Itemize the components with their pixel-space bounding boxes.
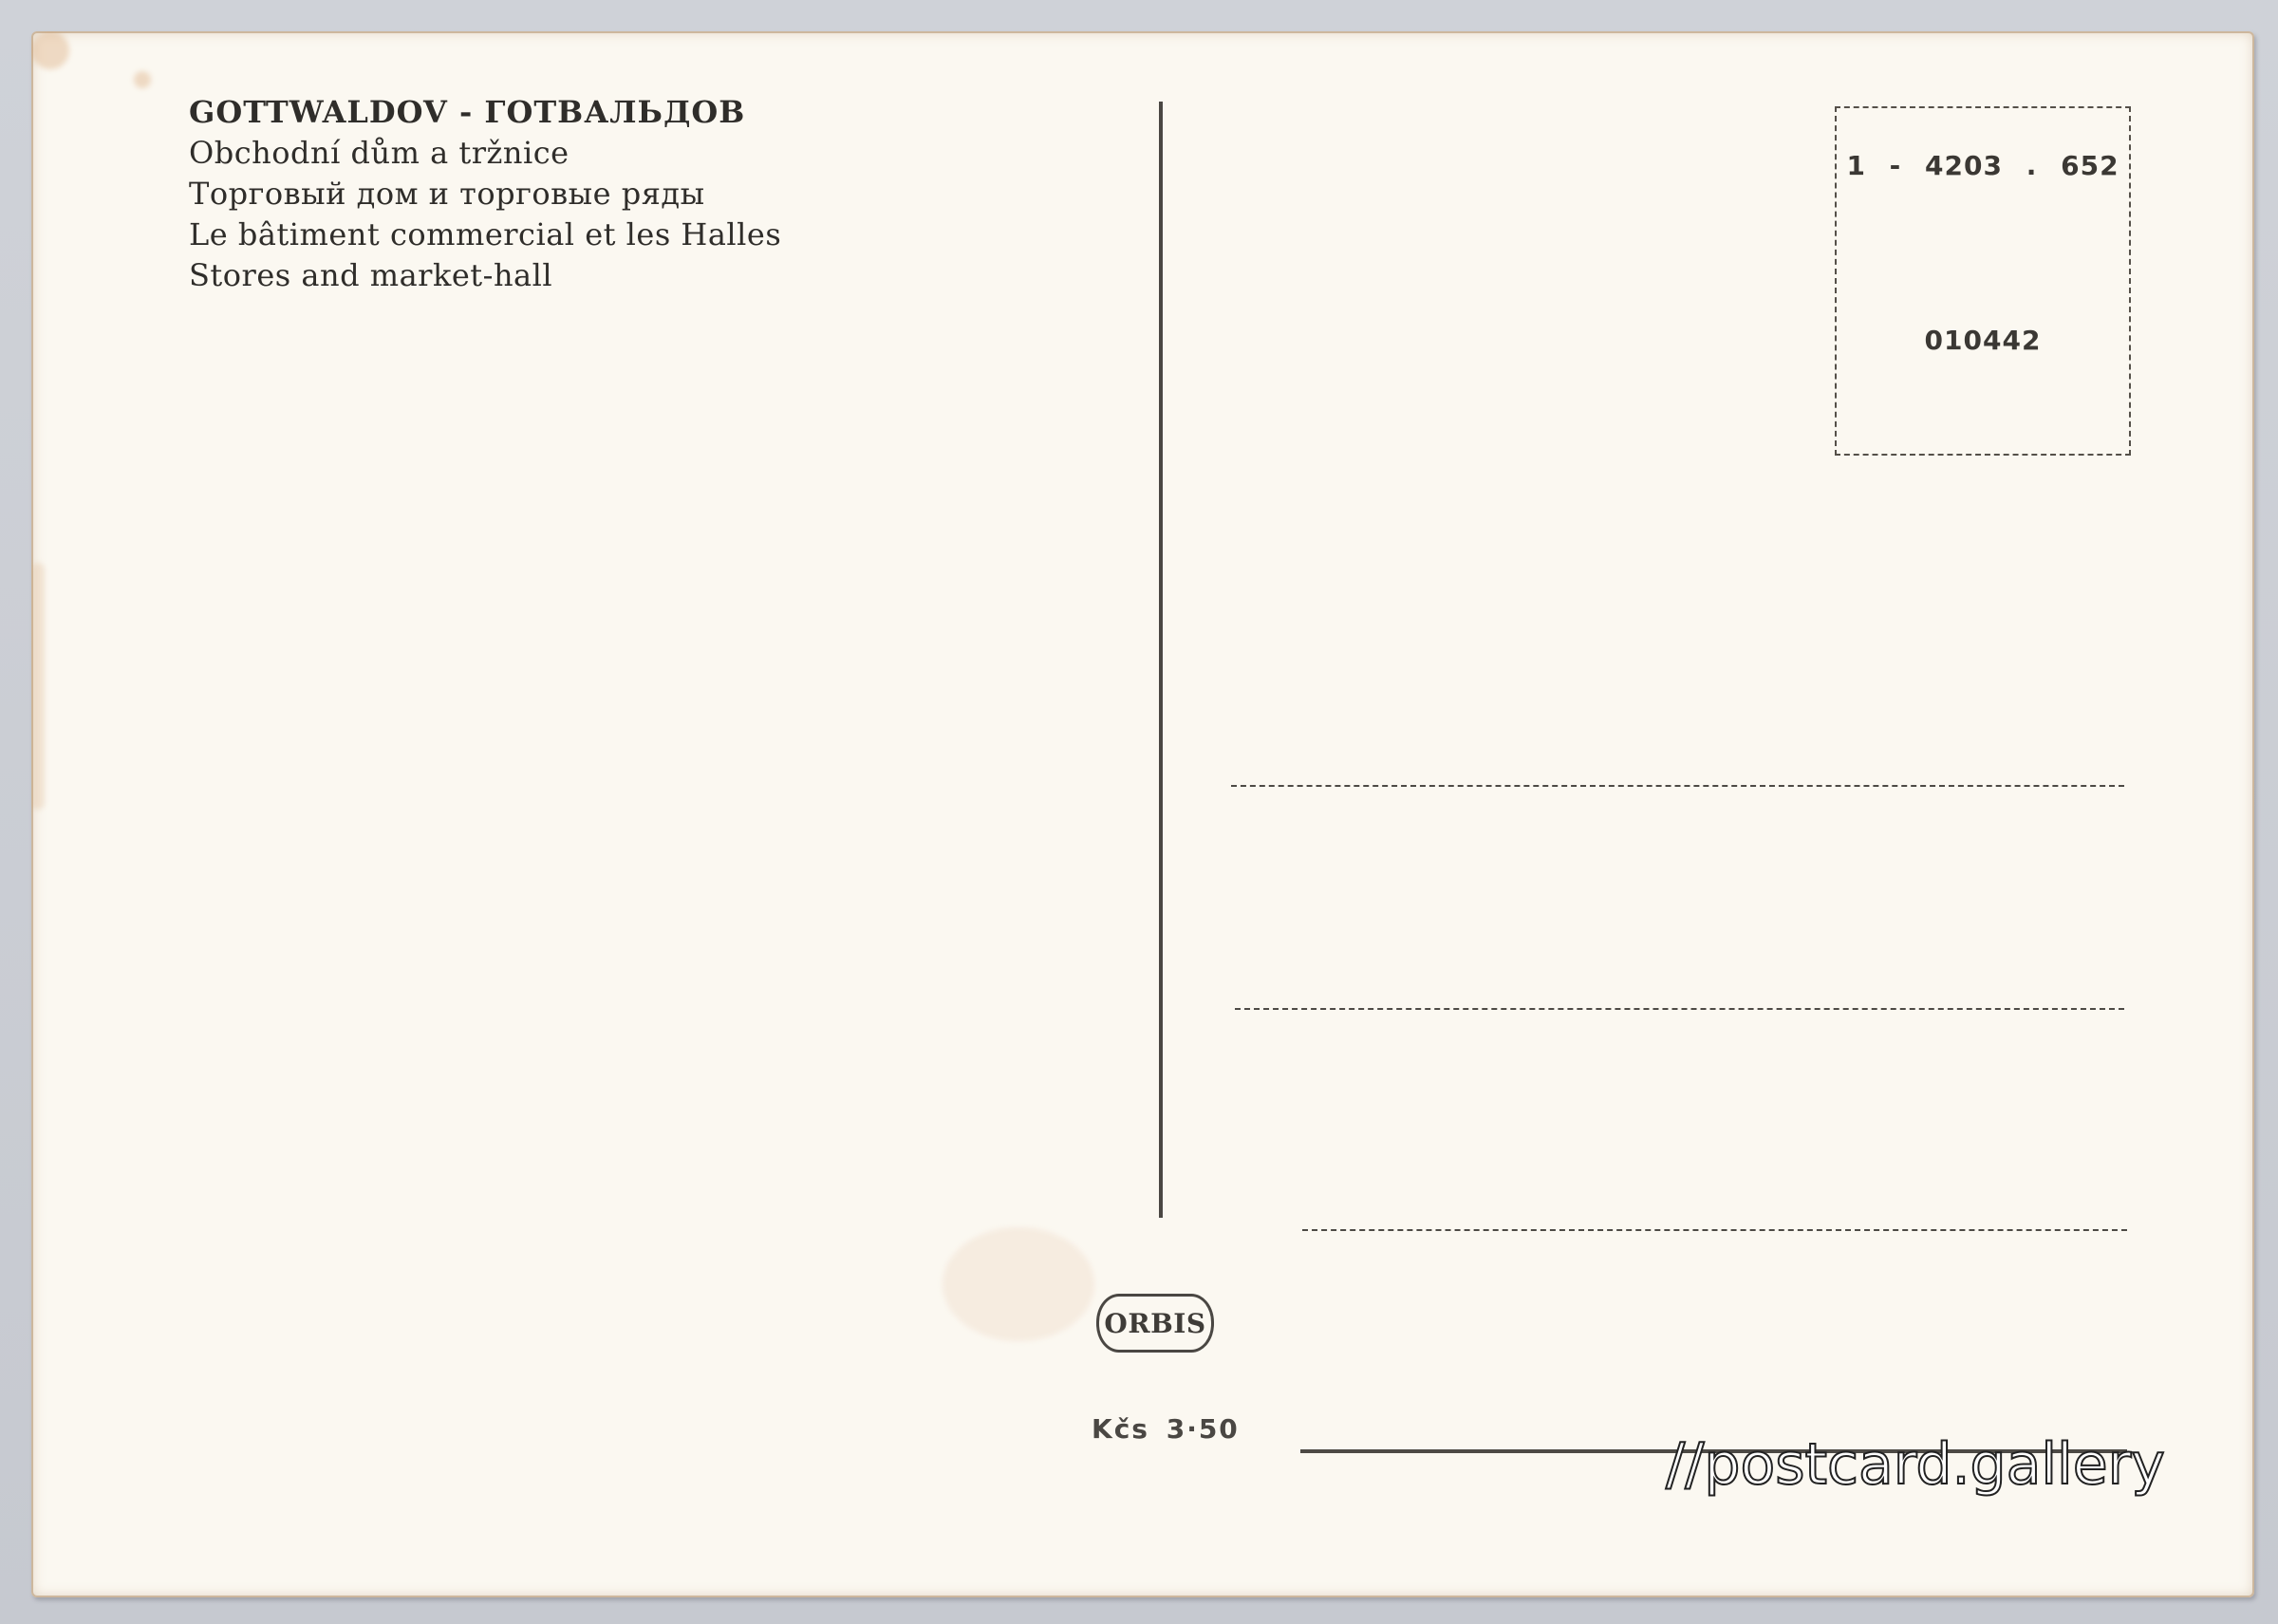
stain (31, 563, 45, 810)
address-line-2 (1235, 1008, 2124, 1010)
stain (943, 1227, 1094, 1341)
vertical-divider (1159, 102, 1163, 1218)
stamp-box: 1 - 4203 . 652 010442 (1835, 106, 2131, 456)
caption-title: GOTTWALDOV - ГОТВАЛЬДОВ (189, 92, 781, 133)
postcard-back: GOTTWALDOV - ГОТВАЛЬДОВ Obchodní dům a t… (31, 31, 2254, 1597)
orbis-logo: ORBIS (1096, 1294, 1214, 1353)
stamp-code-1: 1 - 4203 . 652 (1837, 150, 2129, 181)
caption-line-french: Le bâtiment commercial et les Halles (189, 215, 781, 255)
caption-line-english: Stores and market-hall (189, 255, 781, 296)
caption-block: GOTTWALDOV - ГОТВАЛЬДОВ Obchodní dům a t… (189, 92, 781, 296)
price-label: Kčs 3·50 (1092, 1413, 1240, 1445)
watermark: //postcard.gallery (1666, 1431, 2165, 1498)
stain (31, 31, 69, 69)
caption-line-russian: Торговый дом и торговые ряды (189, 174, 781, 215)
address-line-1 (1231, 785, 2124, 787)
address-line-3 (1302, 1229, 2127, 1231)
caption-line-czech: Obchodní dům a tržnice (189, 133, 781, 174)
stain (134, 71, 151, 88)
stamp-code-2: 010442 (1837, 325, 2129, 356)
